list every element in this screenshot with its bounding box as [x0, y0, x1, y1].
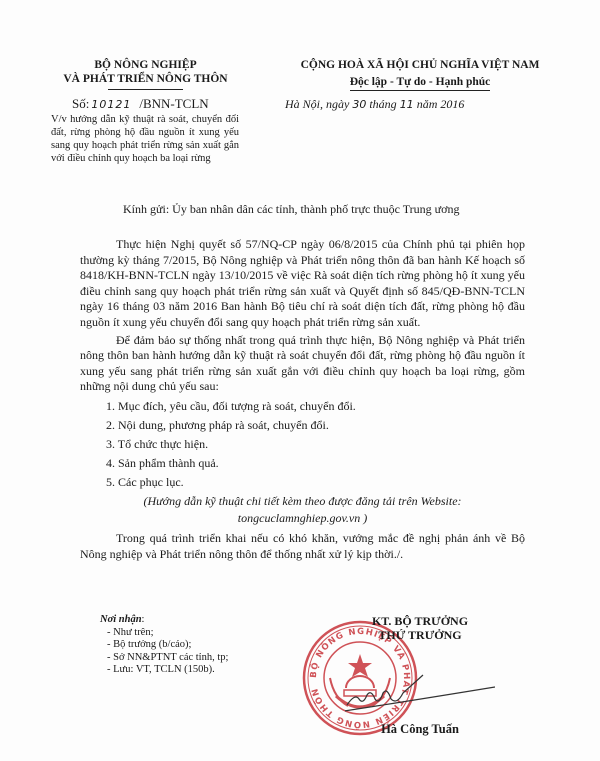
organization-line-1: BỘ NÔNG NGHIỆP: [48, 58, 243, 72]
website-note-line-2: tongcuclamnghiep.gov.vn ): [80, 511, 525, 526]
document-body: Thực hiện Nghị quyết số 57/NQ-CP ngày 06…: [80, 237, 525, 562]
content-list: 1. Mục đích, yêu cầu, đối tượng rà soát,…: [106, 397, 525, 492]
date-prefix: Hà Nội, ngày: [285, 97, 349, 111]
document-subject: V/v hướng dẫn kỹ thuật rà soát, chuyển đ…: [51, 113, 239, 165]
signer-position-2: THỨ TRƯỞNG: [345, 628, 495, 642]
website-note-line-1: (Hướng dẫn kỹ thuật chi tiết kèm theo đư…: [80, 494, 525, 509]
date-year: năm 2016: [417, 97, 465, 111]
recipient-item: - Sở NN&PTNT các tỉnh, tp;: [107, 652, 228, 665]
list-item: 4. Sản phẩm thành quả.: [106, 454, 525, 473]
date-day: 30: [352, 98, 366, 111]
list-item: 3. Tổ chức thực hiện.: [106, 435, 525, 454]
recipient-line: Kính gửi: Ủy ban nhân dân các tỉnh, thàn…: [123, 202, 459, 217]
signer-position-1: KT. BỘ TRƯỞNG: [345, 614, 495, 628]
doc-number-suffix: /BNN-TCLN: [139, 96, 208, 111]
date-month: 11: [400, 98, 414, 111]
list-item: 2. Nội dung, phương pháp rà soát, chuyển…: [106, 416, 525, 435]
national-motto: Độc lập - Tự do - Hạnh phúc: [350, 75, 491, 91]
doc-number-prefix: Số:: [72, 96, 89, 111]
recipients-block: Nơi nhận: - Như trên; - Bộ trưởng (b/cáo…: [100, 614, 228, 677]
list-item: 5. Các phục lục.: [106, 473, 525, 492]
recipients-title: Nơi nhận: [100, 614, 142, 625]
closing-paragraph: Trong quá trình triển khai nếu có khó kh…: [80, 531, 525, 562]
organization-line-2: VÀ PHÁT TRIỂN NÔNG THÔN: [48, 72, 243, 86]
recipient-item: - Như trên;: [107, 627, 228, 640]
document-number: Số:10121/BNN-TCLN: [72, 96, 209, 112]
header-divider: [108, 89, 183, 90]
nation-title: CỘNG HOÀ XÃ HỘI CHỦ NGHĨA VIỆT NAM: [255, 58, 585, 72]
issue-date: Hà Nội, ngày 30 tháng 11 năm 2016: [285, 97, 464, 112]
recipient-item: - Lưu: VT, TCLN (150b).: [107, 664, 228, 677]
body-paragraph-2: Để đảm bảo sự thống nhất trong quá trình…: [80, 333, 525, 395]
national-header: CỘNG HOÀ XÃ HỘI CHỦ NGHĨA VIỆT NAM Độc l…: [255, 58, 585, 91]
signer-name: Hà Công Tuấn: [345, 722, 495, 737]
recipient-item: - Bộ trưởng (b/cáo);: [107, 639, 228, 652]
list-item: 1. Mục đích, yêu cầu, đối tượng rà soát,…: [106, 397, 525, 416]
handwritten-signature-icon: [345, 665, 495, 720]
issuing-organization: BỘ NÔNG NGHIỆP VÀ PHÁT TRIỂN NÔNG THÔN: [48, 58, 243, 90]
document-page: BỘ NÔNG NGHIỆP VÀ PHÁT TRIỂN NÔNG THÔN C…: [0, 0, 600, 761]
date-month-label: tháng: [369, 97, 396, 111]
body-paragraph-1: Thực hiện Nghị quyết số 57/NQ-CP ngày 06…: [80, 237, 525, 331]
doc-number-handwritten: 10121: [91, 98, 131, 111]
